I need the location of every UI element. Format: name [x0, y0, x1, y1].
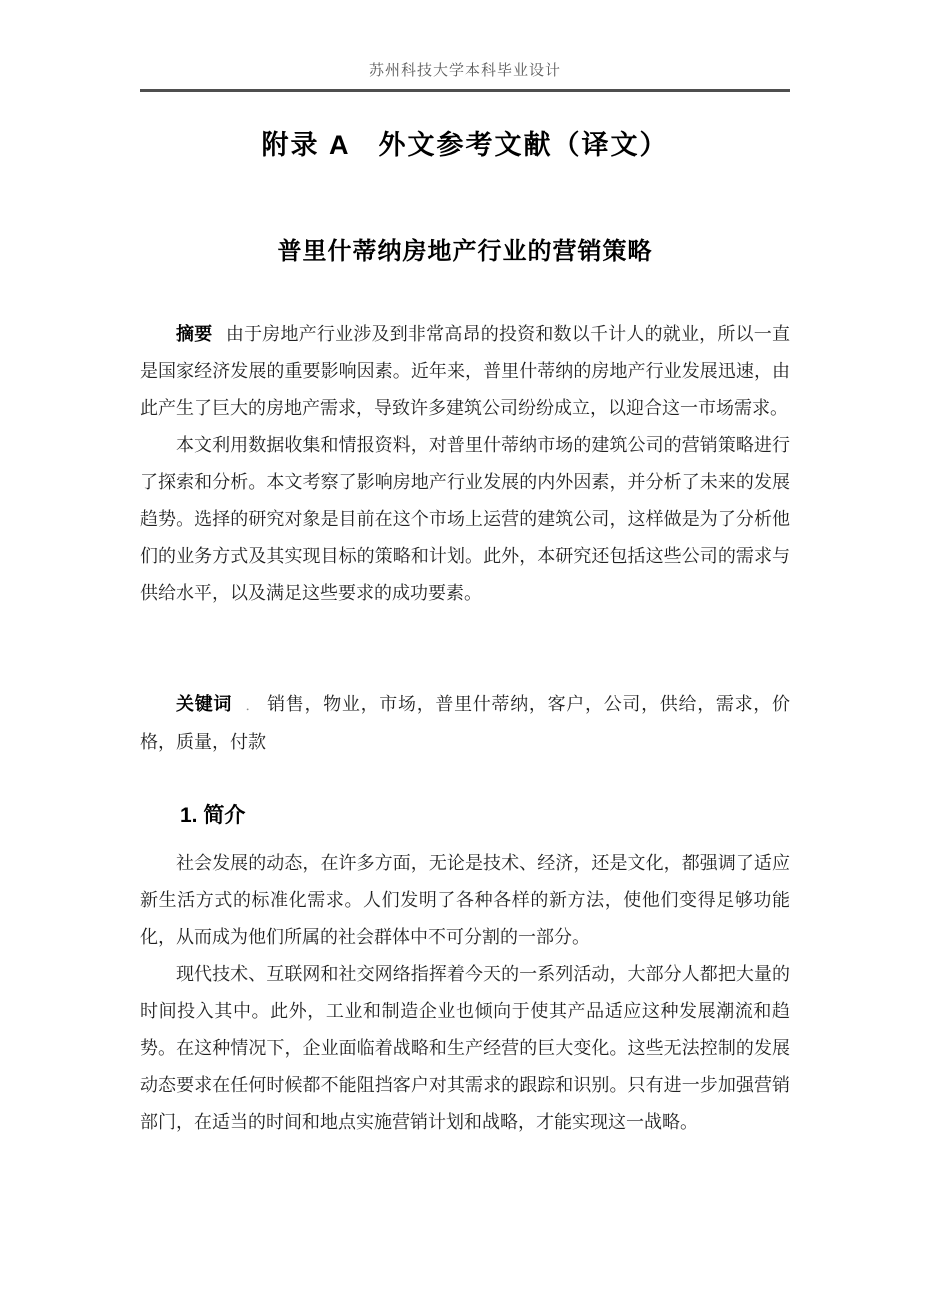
abstract-paragraph-1-text: 由于房地产行业涉及到非常高昂的投资和数以千计人的就业，所以一直是国家经济发展的重…: [140, 324, 790, 418]
introduction-paragraph-1: 社会发展的动态，在许多方面，无论是技术、经济，还是文化，都强调了适应新生活方式的…: [140, 845, 790, 956]
introduction-paragraph-2: 现代技术、互联网和社交网络指挥着今天的一系列活动，大部分人都把大量的时间投入其中…: [140, 956, 790, 1141]
page-content: 苏州科技大学本科毕业设计 附录 A 外文参考文献（译文） 普里什蒂纳房地产行业的…: [0, 0, 926, 1141]
section-heading-introduction: 1. 简介: [140, 801, 790, 831]
abstract-paragraph-1: 摘要由于房地产行业涉及到非常高昂的投资和数以千计人的就业，所以一直是国家经济发展…: [140, 316, 790, 427]
abstract-paragraph-2: 本文利用数据收集和情报资料，对普里什蒂纳市场的建筑公司的营销策略进行了探索和分析…: [140, 427, 790, 612]
running-header: 苏州科技大学本科毕业设计: [140, 0, 790, 92]
translated-paper-title: 普里什蒂纳房地产行业的营销策略: [140, 236, 790, 268]
keywords-label: 关键词: [176, 694, 232, 714]
appendix-title: 附录 A 外文参考文献（译文）: [140, 128, 790, 162]
keywords-line: 关键词．销售，物业，市场，普里什蒂纳，客户，公司，供给，需求，价格，质量，付款: [140, 686, 790, 761]
running-header-text: 苏州科技大学本科毕业设计: [369, 63, 561, 79]
abstract-label: 摘要: [176, 324, 212, 344]
keywords-text: 销售，物业，市场，普里什蒂纳，客户，公司，供给，需求，价格，质量，付款: [140, 694, 790, 752]
document-page: 苏州科技大学本科毕业设计 附录 A 外文参考文献（译文） 普里什蒂纳房地产行业的…: [0, 0, 926, 1309]
keywords-separator: ．: [246, 698, 260, 713]
